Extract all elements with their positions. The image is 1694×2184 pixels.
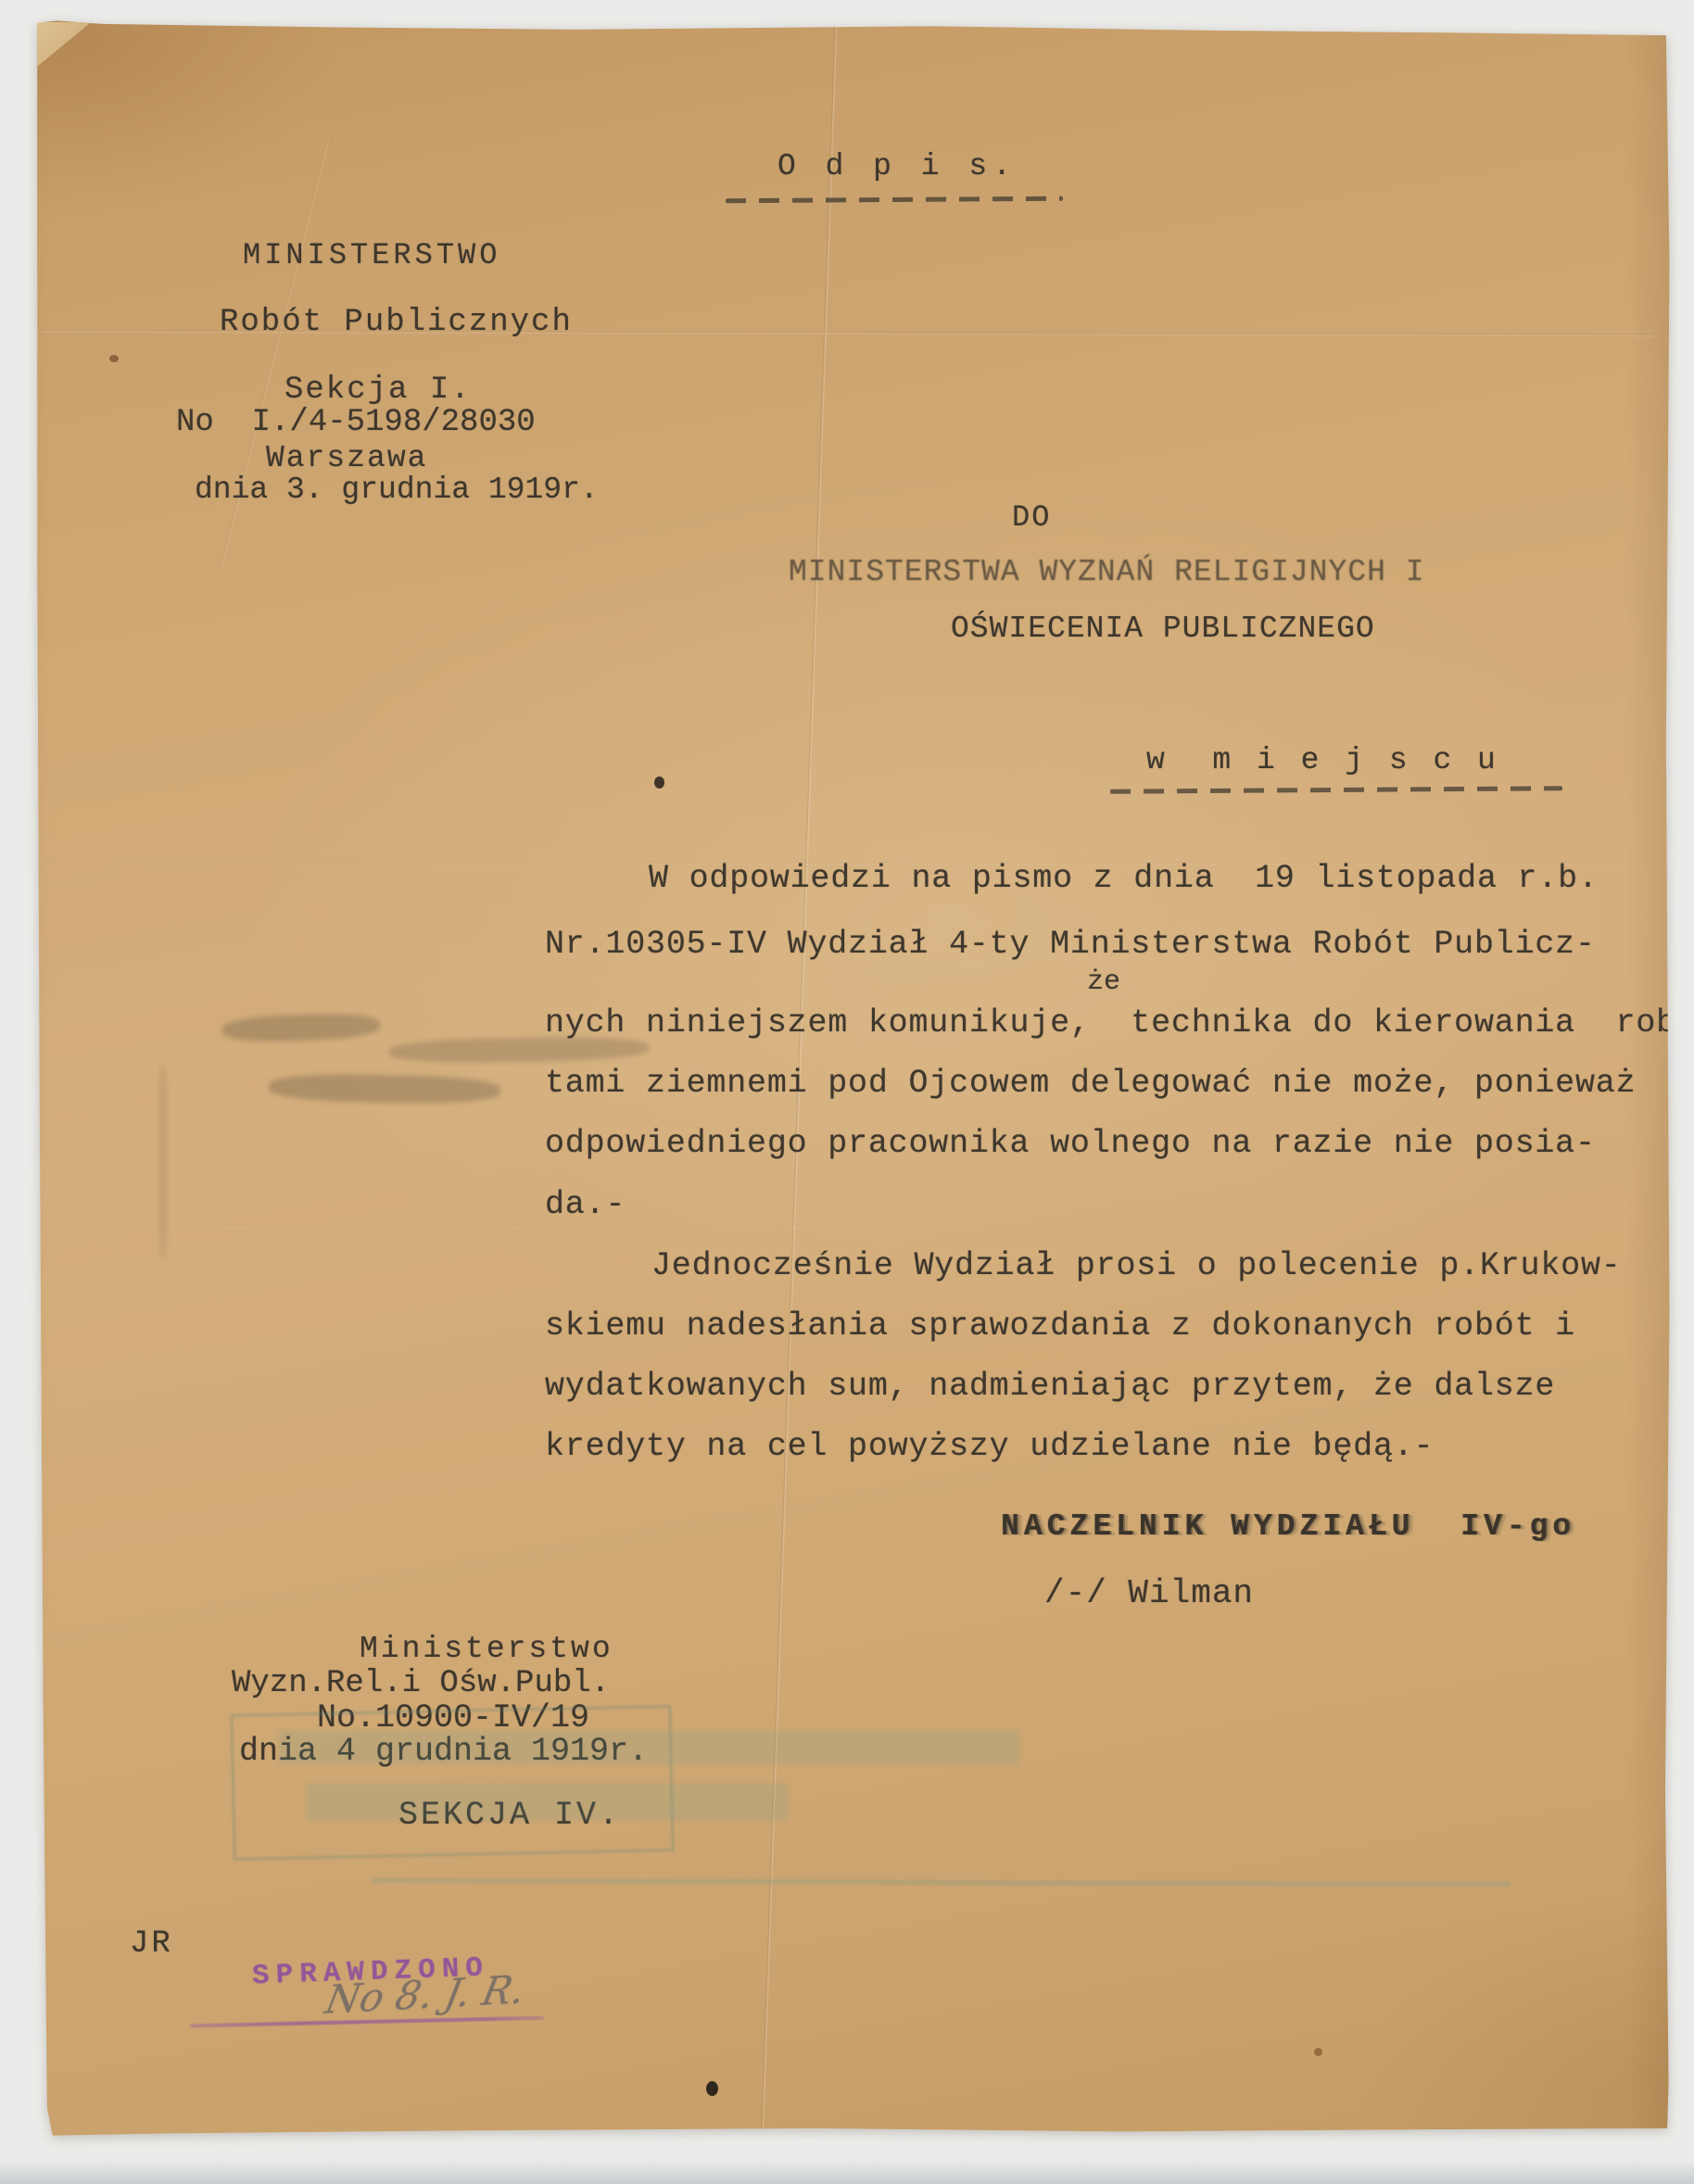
- copy-label-underline: [726, 196, 1063, 204]
- ink-smudge: [159, 1066, 167, 1260]
- paper-shadow-wrapper: O d p i s. MINISTERSTWO Robót Publicznyc…: [0, 0, 1694, 2184]
- signature-name: /-/ Wilman: [1044, 1575, 1254, 1612]
- recipient-ministry-line-1: MINISTERSTWA WYZNAŃ RELIGIJNYCH I: [789, 556, 1425, 589]
- signature-title: NACZELNIK WYDZIAŁU IV-go: [1001, 1510, 1575, 1544]
- ink-spot: [706, 2081, 718, 2096]
- sender-ministry-name-2: Robót Publicznych: [220, 306, 573, 340]
- body-line: skiemu nadesłania sprawozdania z dokonan…: [545, 1308, 1575, 1344]
- recipient-ministry-line-2: OŚWIECENIA PUBLICZNEGO: [951, 612, 1375, 646]
- receiving-ministry-name: Ministerstwo: [360, 1633, 613, 1666]
- ink-smudge: [269, 1073, 500, 1105]
- clerk-initials: JR: [130, 1927, 173, 1962]
- body-line: Jednocześnie Wydział prosi o polecenie p…: [651, 1248, 1622, 1284]
- document-paper: O d p i s. MINISTERSTWO Robót Publicznyc…: [0, 0, 1694, 2184]
- faded-stamp-text-band: [278, 1731, 1019, 1764]
- faded-stamp-box: [230, 1705, 674, 1861]
- recipient-to: DO: [1012, 501, 1051, 534]
- body-line: W odpowiedzi na pismo z dnia 19 listopad…: [649, 861, 1599, 897]
- body-line: kredyty na cel powyższy udzielane nie bę…: [545, 1429, 1434, 1465]
- scanned-document-page: { "document": { "copy_label": "O d p i s…: [0, 0, 1694, 2184]
- sender-section: Sekcja I.: [284, 373, 472, 408]
- recipient-place-underline: [1110, 786, 1562, 793]
- ink-smudge: [222, 1012, 381, 1043]
- body-line: wydatkowanych sum, nadmieniając przytem,…: [545, 1369, 1555, 1405]
- faded-teal-streak: [371, 1878, 1511, 1887]
- interline-insertion: że: [1087, 967, 1120, 998]
- body-line: nych niniejszem komunikuje, technika do …: [545, 1005, 1694, 1042]
- recipient-place: w m i e j s c u: [1146, 744, 1499, 777]
- ink-spot: [654, 776, 664, 789]
- ink-spot: [1314, 2048, 1322, 2056]
- sender-ministry-name: MINISTERSTWO: [243, 239, 500, 271]
- ink-spot: [109, 355, 119, 362]
- scanner-shadow-strip: [0, 2160, 1694, 2184]
- receiving-ministry-name-2: Wyzn.Rel.i Ośw.Publ.: [232, 1667, 610, 1701]
- faded-stamp-text-band: [306, 1784, 788, 1821]
- sender-city: Warszawa: [266, 442, 427, 475]
- handwritten-note: No 8. J. R.: [322, 1966, 528, 2023]
- body-line: odpowiedniego pracownika wolnego na razi…: [545, 1126, 1596, 1162]
- body-line: tami ziemnemi pod Ojcowem delegować nie …: [545, 1066, 1636, 1102]
- body-line: da.-: [545, 1187, 626, 1223]
- body-line: Nr.10305-IV Wydział 4-ty Ministerstwa Ro…: [545, 927, 1596, 963]
- copy-label: O d p i s.: [725, 150, 1069, 183]
- sender-reference-number: No I./4-5198/28030: [176, 406, 536, 440]
- corner-fold-top-left: [37, 22, 91, 67]
- sender-date: dnia 3. grudnia 1919r.: [195, 473, 599, 507]
- ink-smudge: [389, 1036, 649, 1065]
